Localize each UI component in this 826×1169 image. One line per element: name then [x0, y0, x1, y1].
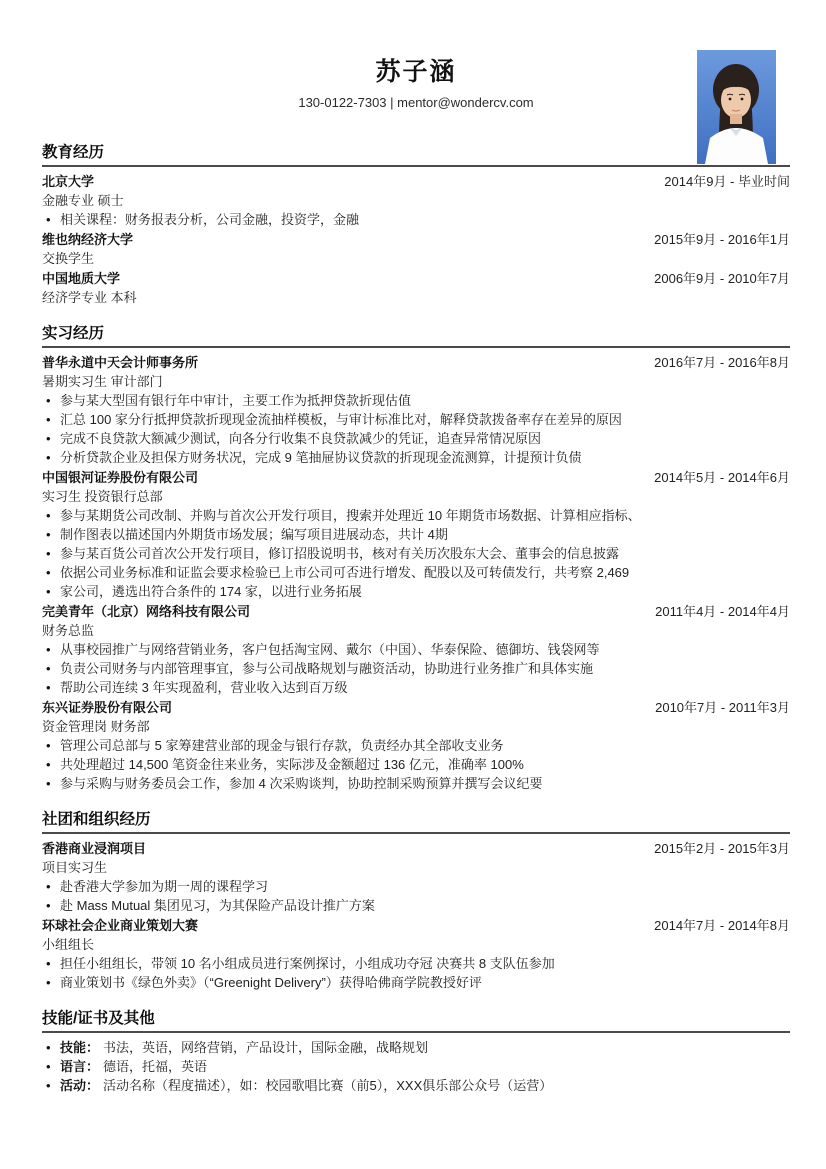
contact-line: 130-0122-7303 | mentor@wondercv.com: [42, 95, 790, 110]
entry-head: 维也纳经济大学2015年9月 - 2016年1月: [42, 230, 790, 249]
entry-date: 2014年9月 - 毕业时间: [664, 172, 790, 191]
resume-section: 技能/证书及其他技能：书法，英语，网络营销，产品设计，国际金融，战略规划语言：德…: [42, 1006, 790, 1095]
profile-photo: [697, 50, 776, 164]
entry-subtitle: 经济学专业 本科: [42, 288, 790, 307]
bullet-item: 负责公司财务与内部管理事宜，参与公司战略规划与融资活动，协助进行业务推广和具体实…: [42, 659, 790, 678]
resume-section: 社团和组织经历香港商业浸润项目2015年2月 - 2015年3月项目实习生赴香港…: [42, 807, 790, 992]
entry: 中国地质大学2006年9月 - 2010年7月经济学专业 本科: [42, 269, 790, 307]
entry-date: 2010年7月 - 2011年3月: [655, 698, 790, 717]
bullet-item: 依据公司业务标准和证监会要求检验已上市公司可否进行增发、配股以及可转债发行，共考…: [42, 563, 790, 582]
profile-photo-image: [697, 50, 776, 164]
entry-title: 普华永道中天会计师事务所: [42, 353, 198, 372]
entry: 香港商业浸润项目2015年2月 - 2015年3月项目实习生赴香港大学参加为期一…: [42, 839, 790, 915]
entry-subtitle: 财务总监: [42, 621, 790, 640]
entry: 东兴证券股份有限公司2010年7月 - 2011年3月资金管理岗 财务部管理公司…: [42, 698, 790, 793]
bullet-list: 参与某大型国有银行年中审计，主要工作为抵押贷款折现估值汇总 100 家分行抵押贷…: [42, 391, 790, 467]
section-title: 实习经历: [42, 321, 790, 348]
section-title: 技能/证书及其他: [42, 1006, 790, 1033]
entry-head: 香港商业浸润项目2015年2月 - 2015年3月: [42, 839, 790, 858]
bullet-item: 参与采购与财务委员会工作，参加 4 次采购谈判，协助控制采购预算并撰写会议纪要: [42, 774, 790, 793]
entry: 环球社会企业商业策划大赛2014年7月 - 2014年8月小组组长担任小组组长，…: [42, 916, 790, 992]
bullet-item: 汇总 100 家分行抵押贷款折现现金流抽样模板，与审计标准比对，解释贷款拨备率存…: [42, 410, 790, 429]
entry-date: 2015年9月 - 2016年1月: [654, 230, 790, 249]
bullet-list: 担任小组组长，带领 10 名小组成员进行案例探讨，小组成功夺冠 决赛共 8 支队…: [42, 954, 790, 992]
bullet-item: 制作图表以描述国内外期货市场发展；编写项目进展动态，共计 4期: [42, 525, 790, 544]
entry-title: 香港商业浸润项目: [42, 839, 146, 858]
bullet-list: 赴香港大学参加为期一周的课程学习赴 Mass Mutual 集团见习，为其保险产…: [42, 877, 790, 915]
resume-section: 教育经历北京大学2014年9月 - 毕业时间金融专业 硕士相关课程：财务报表分析…: [42, 140, 790, 307]
entry-title: 维也纳经济大学: [42, 230, 133, 249]
bullet-item: 管理公司总部与 5 家筹建营业部的现金与银行存款，负责经办其全部收支业务: [42, 736, 790, 755]
entry-head: 环球社会企业商业策划大赛2014年7月 - 2014年8月: [42, 916, 790, 935]
skill-text: 德语，托福，英语: [103, 1059, 207, 1074]
entry-title: 北京大学: [42, 172, 94, 191]
entry-subtitle: 小组组长: [42, 935, 790, 954]
skill-label: 语言：: [60, 1059, 99, 1074]
bullet-item: 参与某期货公司改制、并购与首次公开发行项目，搜索并处理近 10 年期货市场数据、…: [42, 506, 790, 525]
entry: 北京大学2014年9月 - 毕业时间金融专业 硕士相关课程：财务报表分析，公司金…: [42, 172, 790, 229]
skill-item: 活动：活动名称（程度描述），如：校园歌唱比赛（前5），XXX俱乐部公众号（运营）: [42, 1076, 790, 1095]
entry-head: 中国地质大学2006年9月 - 2010年7月: [42, 269, 790, 288]
bullet-list: 参与某期货公司改制、并购与首次公开发行项目，搜索并处理近 10 年期货市场数据、…: [42, 506, 790, 601]
entry-subtitle: 实习生 投资银行总部: [42, 487, 790, 506]
sections: 教育经历北京大学2014年9月 - 毕业时间金融专业 硕士相关课程：财务报表分析…: [42, 140, 790, 1095]
bullet-list: 管理公司总部与 5 家筹建营业部的现金与银行存款，负责经办其全部收支业务共处理超…: [42, 736, 790, 793]
entry-subtitle: 暑期实习生 审计部门: [42, 372, 790, 391]
bullet-item: 共处理超过 14,500 笔资金往来业务，实际涉及金额超过 136 亿元，准确率…: [42, 755, 790, 774]
entry-date: 2011年4月 - 2014年4月: [655, 602, 790, 621]
resume-header: 苏子涵 130-0122-7303 | mentor@wondercv.com: [42, 52, 790, 110]
bullet-item: 分析贷款企业及担保方财务状况，完成 9 笔抽屉协议贷款的折现现金流测算，计提预计…: [42, 448, 790, 467]
skill-label: 技能：: [60, 1040, 99, 1055]
entry-date: 2014年5月 - 2014年6月: [654, 468, 790, 487]
resume-page: 苏子涵 130-0122-7303 | mentor@wondercv.com: [0, 0, 826, 1169]
bullet-item: 完成不良贷款大额减少测试，向各分行收集不良贷款减少的凭证，追查异常情况原因: [42, 429, 790, 448]
bullet-list: 相关课程：财务报表分析，公司金融，投资学，金融: [42, 210, 790, 229]
candidate-name: 苏子涵: [42, 52, 790, 88]
entry-title: 中国地质大学: [42, 269, 120, 288]
bullet-item: 赴香港大学参加为期一周的课程学习: [42, 877, 790, 896]
bullet-item: 参与某大型国有银行年中审计，主要工作为抵押贷款折现估值: [42, 391, 790, 410]
entry-head: 中国银河证券股份有限公司2014年5月 - 2014年6月: [42, 468, 790, 487]
bullet-list: 从事校园推广与网络营销业务，客户包括淘宝网、戴尔（中国）、华泰保险、德御坊、钱袋…: [42, 640, 790, 697]
section-title: 教育经历: [42, 140, 790, 167]
entry-head: 普华永道中天会计师事务所2016年7月 - 2016年8月: [42, 353, 790, 372]
bullet-item: 赴 Mass Mutual 集团见习，为其保险产品设计推广方案: [42, 896, 790, 915]
entry-head: 北京大学2014年9月 - 毕业时间: [42, 172, 790, 191]
entry-subtitle: 项目实习生: [42, 858, 790, 877]
bullet-item: 从事校园推广与网络营销业务，客户包括淘宝网、戴尔（中国）、华泰保险、德御坊、钱袋…: [42, 640, 790, 659]
entry-title: 完美青年（北京）网络科技有限公司: [42, 602, 250, 621]
entry: 普华永道中天会计师事务所2016年7月 - 2016年8月暑期实习生 审计部门参…: [42, 353, 790, 467]
entry-head: 完美青年（北京）网络科技有限公司2011年4月 - 2014年4月: [42, 602, 790, 621]
bullet-item: 商业策划书《绿色外卖》（“Greenight Delivery”）获得哈佛商学院…: [42, 973, 790, 992]
skill-text: 活动名称（程度描述），如：校园歌唱比赛（前5），XXX俱乐部公众号（运营）: [103, 1078, 552, 1093]
bullet-item: 帮助公司连续 3 年实现盈利，营业收入达到百万级: [42, 678, 790, 697]
bullet-item: 家公司，遴选出符合条件的 174 家，以进行业务拓展: [42, 582, 790, 601]
bullet-item: 担任小组组长，带领 10 名小组成员进行案例探讨，小组成功夺冠 决赛共 8 支队…: [42, 954, 790, 973]
entry-date: 2015年2月 - 2015年3月: [654, 839, 790, 858]
entry-date: 2016年7月 - 2016年8月: [654, 353, 790, 372]
entry-head: 东兴证券股份有限公司2010年7月 - 2011年3月: [42, 698, 790, 717]
skill-item: 技能：书法，英语，网络营销，产品设计，国际金融，战略规划: [42, 1038, 790, 1057]
entry-date: 2006年9月 - 2010年7月: [654, 269, 790, 288]
entry-subtitle: 交换学生: [42, 249, 790, 268]
skill-text: 书法，英语，网络营销，产品设计，国际金融，战略规划: [103, 1040, 428, 1055]
entry-title: 环球社会企业商业策划大赛: [42, 916, 198, 935]
section-title: 社团和组织经历: [42, 807, 790, 834]
skill-item: 语言：德语，托福，英语: [42, 1057, 790, 1076]
entry-title: 东兴证券股份有限公司: [42, 698, 172, 717]
entry: 完美青年（北京）网络科技有限公司2011年4月 - 2014年4月财务总监从事校…: [42, 602, 790, 697]
entry-date: 2014年7月 - 2014年8月: [654, 916, 790, 935]
bullet-item: 参与某百货公司首次公开发行项目，修订招股说明书，核对有关历次股东大会、董事会的信…: [42, 544, 790, 563]
entry-subtitle: 资金管理岗 财务部: [42, 717, 790, 736]
skill-label: 活动：: [60, 1078, 99, 1093]
entry: 中国银河证券股份有限公司2014年5月 - 2014年6月实习生 投资银行总部参…: [42, 468, 790, 601]
skill-list: 技能：书法，英语，网络营销，产品设计，国际金融，战略规划语言：德语，托福，英语活…: [42, 1038, 790, 1095]
resume-section: 实习经历普华永道中天会计师事务所2016年7月 - 2016年8月暑期实习生 审…: [42, 321, 790, 793]
entry: 维也纳经济大学2015年9月 - 2016年1月交换学生: [42, 230, 790, 268]
entry-subtitle: 金融专业 硕士: [42, 191, 790, 210]
bullet-item: 相关课程：财务报表分析，公司金融，投资学，金融: [42, 210, 790, 229]
entry-title: 中国银河证券股份有限公司: [42, 468, 198, 487]
